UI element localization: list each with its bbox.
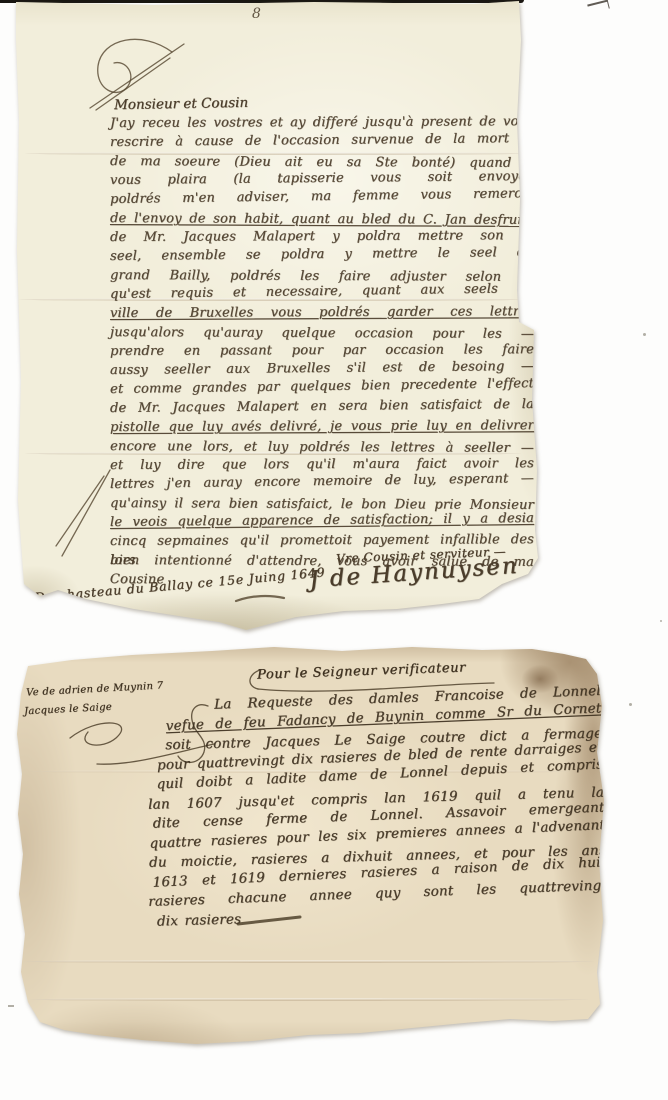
- page-number-mark: 8: [252, 6, 261, 22]
- margin-note-2: Jacques le Saige: [24, 702, 113, 718]
- receipt-document-wrap: Pour le Seigneur verificateur Ve de adri…: [12, 642, 612, 1054]
- handwriting-line: le veois quelque apparence de satisfacti…: [110, 509, 534, 532]
- fold-crease: [24, 960, 594, 963]
- salutation: Monsieur et Cousin: [114, 95, 248, 113]
- receipt-document: Pour le Seigneur verificateur Ve de adri…: [12, 642, 612, 1054]
- scanned-manuscripts: 8 Monsieur et Cousin J'ay receu les vost…: [0, 0, 668, 1100]
- letter-document-1649: 8 Monsieur et Cousin J'ay receu les vost…: [14, 0, 542, 640]
- dust-speck: [643, 333, 646, 336]
- scan-corner-mark: [587, 0, 610, 13]
- handwriting-line: dix rasieres: [157, 909, 267, 931]
- handwriting-line: seel, ensemble se poldra y mettre le see…: [110, 243, 534, 266]
- letter-document-wrap: 8 Monsieur et Cousin J'ay receu les vost…: [14, 0, 542, 640]
- handwriting-line: pistolle que luy avés delivré, je vous p…: [110, 416, 534, 437]
- dust-speck: [660, 620, 662, 622]
- margin-stroke: [62, 470, 110, 556]
- date-line: Du chasteau du Ballay ce 15e Juing 1649: [34, 564, 326, 604]
- margin-stroke: [56, 476, 104, 546]
- handwriting-line: rescrire à cause de l'occasion survenue …: [110, 129, 534, 152]
- dust-speck: [629, 703, 632, 706]
- handwriting-line: ville de Bruxelles vous poldrés garder c…: [110, 302, 534, 323]
- margin-flourish: [70, 723, 122, 745]
- fold-crease: [30, 998, 588, 1001]
- receipt-heading: Pour le Seigneur verificateur: [257, 660, 466, 682]
- letter-body: J'ay receu les vostres et ay differé jus…: [110, 114, 534, 570]
- signature-flourish: [344, 614, 454, 617]
- handwriting-line: de Mr. Jacques Malapert en sera bien sat…: [110, 395, 534, 418]
- date-underline: [236, 596, 284, 601]
- margin-note-1: Ve de adrien de Muynin 7: [26, 680, 164, 698]
- paraph-loop: [98, 39, 172, 92]
- receipt-body: La Requeste des damles Francoise de Lonn…: [139, 684, 608, 932]
